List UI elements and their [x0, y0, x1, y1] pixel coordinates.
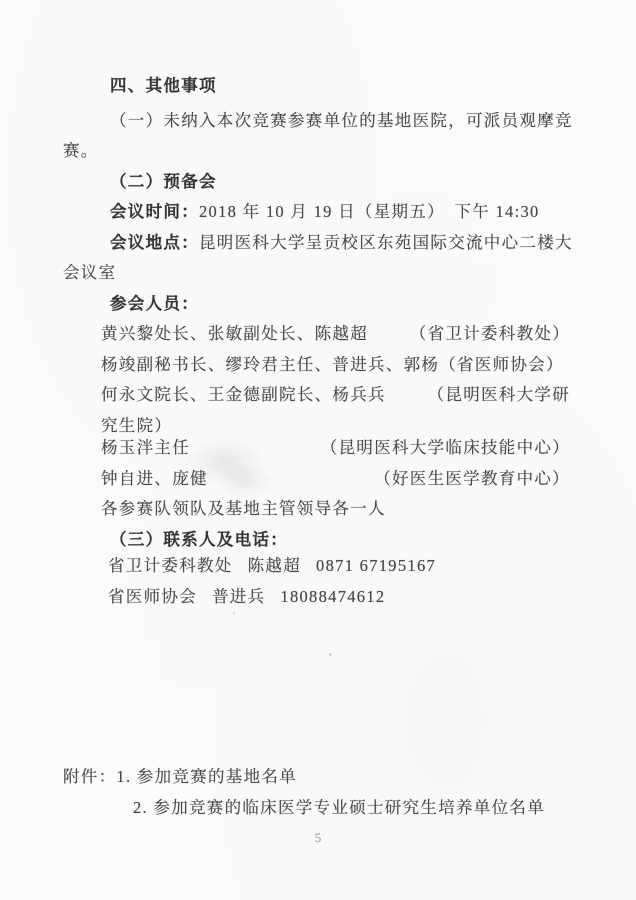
contact-phone: 0871 67195167: [316, 551, 436, 582]
meeting-time-value: 2018 年 10 月 19 日（星期五） 下午 14:30: [199, 202, 540, 221]
meeting-time-line: 会议时间：2018 年 10 月 19 日（星期五） 下午 14:30: [63, 197, 570, 228]
document-body: 四、其他事项 （一）未纳入本次竞赛参赛单位的基地医院，可派员观摩竞 赛。 （二）…: [63, 71, 570, 823]
attendee-org: （昆明医科大学临床技能中心）: [321, 433, 570, 464]
contact-phone: 18088474612: [280, 582, 385, 613]
meeting-place-value: 昆明医科大学呈贡校区东苑国际交流中心二楼大: [199, 233, 573, 252]
section-heading: 四、其他事项: [63, 71, 570, 102]
attachments-label: 附件：: [63, 762, 116, 793]
attendee-row: 杨竣副秘书长、缪玲君主任、普进兵、郭杨（省医师协会）: [63, 350, 570, 381]
attendee-names: 各参赛队领队及基地主管领导各一人: [101, 494, 386, 525]
attachment-item: 1. 参加竞赛的基地名单: [116, 762, 297, 793]
attendee-row: 何永文院长、王金德副院长、杨兵兵 （昆明医科大学研: [63, 380, 570, 411]
attachments-block: 附件： 1. 参加竞赛的基地名单 2. 参加竞赛的临床医学专业硕士研究生培养单位…: [63, 762, 570, 823]
attendee-org: （昆明医科大学研: [428, 380, 570, 411]
contact-row: 省卫计委科教处 陈越超 0871 67195167: [63, 551, 570, 582]
scan-speck: [329, 653, 332, 656]
meeting-place-label: 会议地点：: [110, 233, 199, 252]
meeting-time-label: 会议时间：: [110, 202, 199, 221]
contact-org: 省医师协会: [108, 582, 197, 613]
contact-row: 省医师协会 普进兵 18088474612: [63, 582, 570, 613]
item-one-line1: （一）未纳入本次竞赛参赛单位的基地医院，可派员观摩竞: [63, 106, 570, 137]
attendee-org: （好医生医学教育中心）: [374, 464, 570, 495]
scanned-document-page: { "page": { "page_number": "5" }, "docum…: [0, 0, 636, 900]
contact-org: 省卫计委科教处: [108, 551, 233, 582]
attendee-names: 钟自进、庞健: [101, 464, 208, 495]
contact-name: 普进兵: [212, 582, 265, 613]
attendee-org: （省卫计委科教处）: [410, 319, 570, 350]
attendee-names: 何永文院长、王金德副院长、杨兵兵: [101, 380, 386, 411]
meeting-place-line: 会议地点：昆明医科大学呈贡校区东苑国际交流中心二楼大: [63, 228, 570, 259]
attachments-line1: 附件： 1. 参加竞赛的基地名单: [63, 762, 570, 793]
attendee-row: 杨玉泮主任 （昆明医科大学临床技能中心）: [63, 433, 570, 464]
attendee-names: 黄兴黎处长、张敏副处长、陈越超: [101, 319, 368, 350]
attendee-row: 各参赛队领队及基地主管领导各一人: [63, 494, 570, 525]
attendee-names: 杨玉泮主任: [101, 433, 190, 464]
page-number: 5: [0, 830, 636, 846]
attendee-row: 黄兴黎处长、张敏副处长、陈越超 （省卫计委科教处）: [63, 319, 570, 350]
contact-name: 陈越超: [248, 551, 301, 582]
attendee-row: 钟自进、庞健 （好医生医学教育中心）: [63, 464, 570, 495]
scan-speck: [233, 612, 235, 614]
attendee-names: 杨竣副秘书长、缪玲君主任、普进兵、郭杨（省医师协会）: [101, 350, 564, 381]
meeting-place-continuation: 会议室: [63, 258, 570, 289]
attachments-line2: 2. 参加竞赛的临床医学专业硕士研究生培养单位名单: [63, 793, 570, 824]
item-two-heading: （二）预备会: [63, 167, 570, 198]
attendees-label: 参会人员：: [63, 289, 570, 320]
item-one-line2: 赛。: [63, 136, 570, 167]
